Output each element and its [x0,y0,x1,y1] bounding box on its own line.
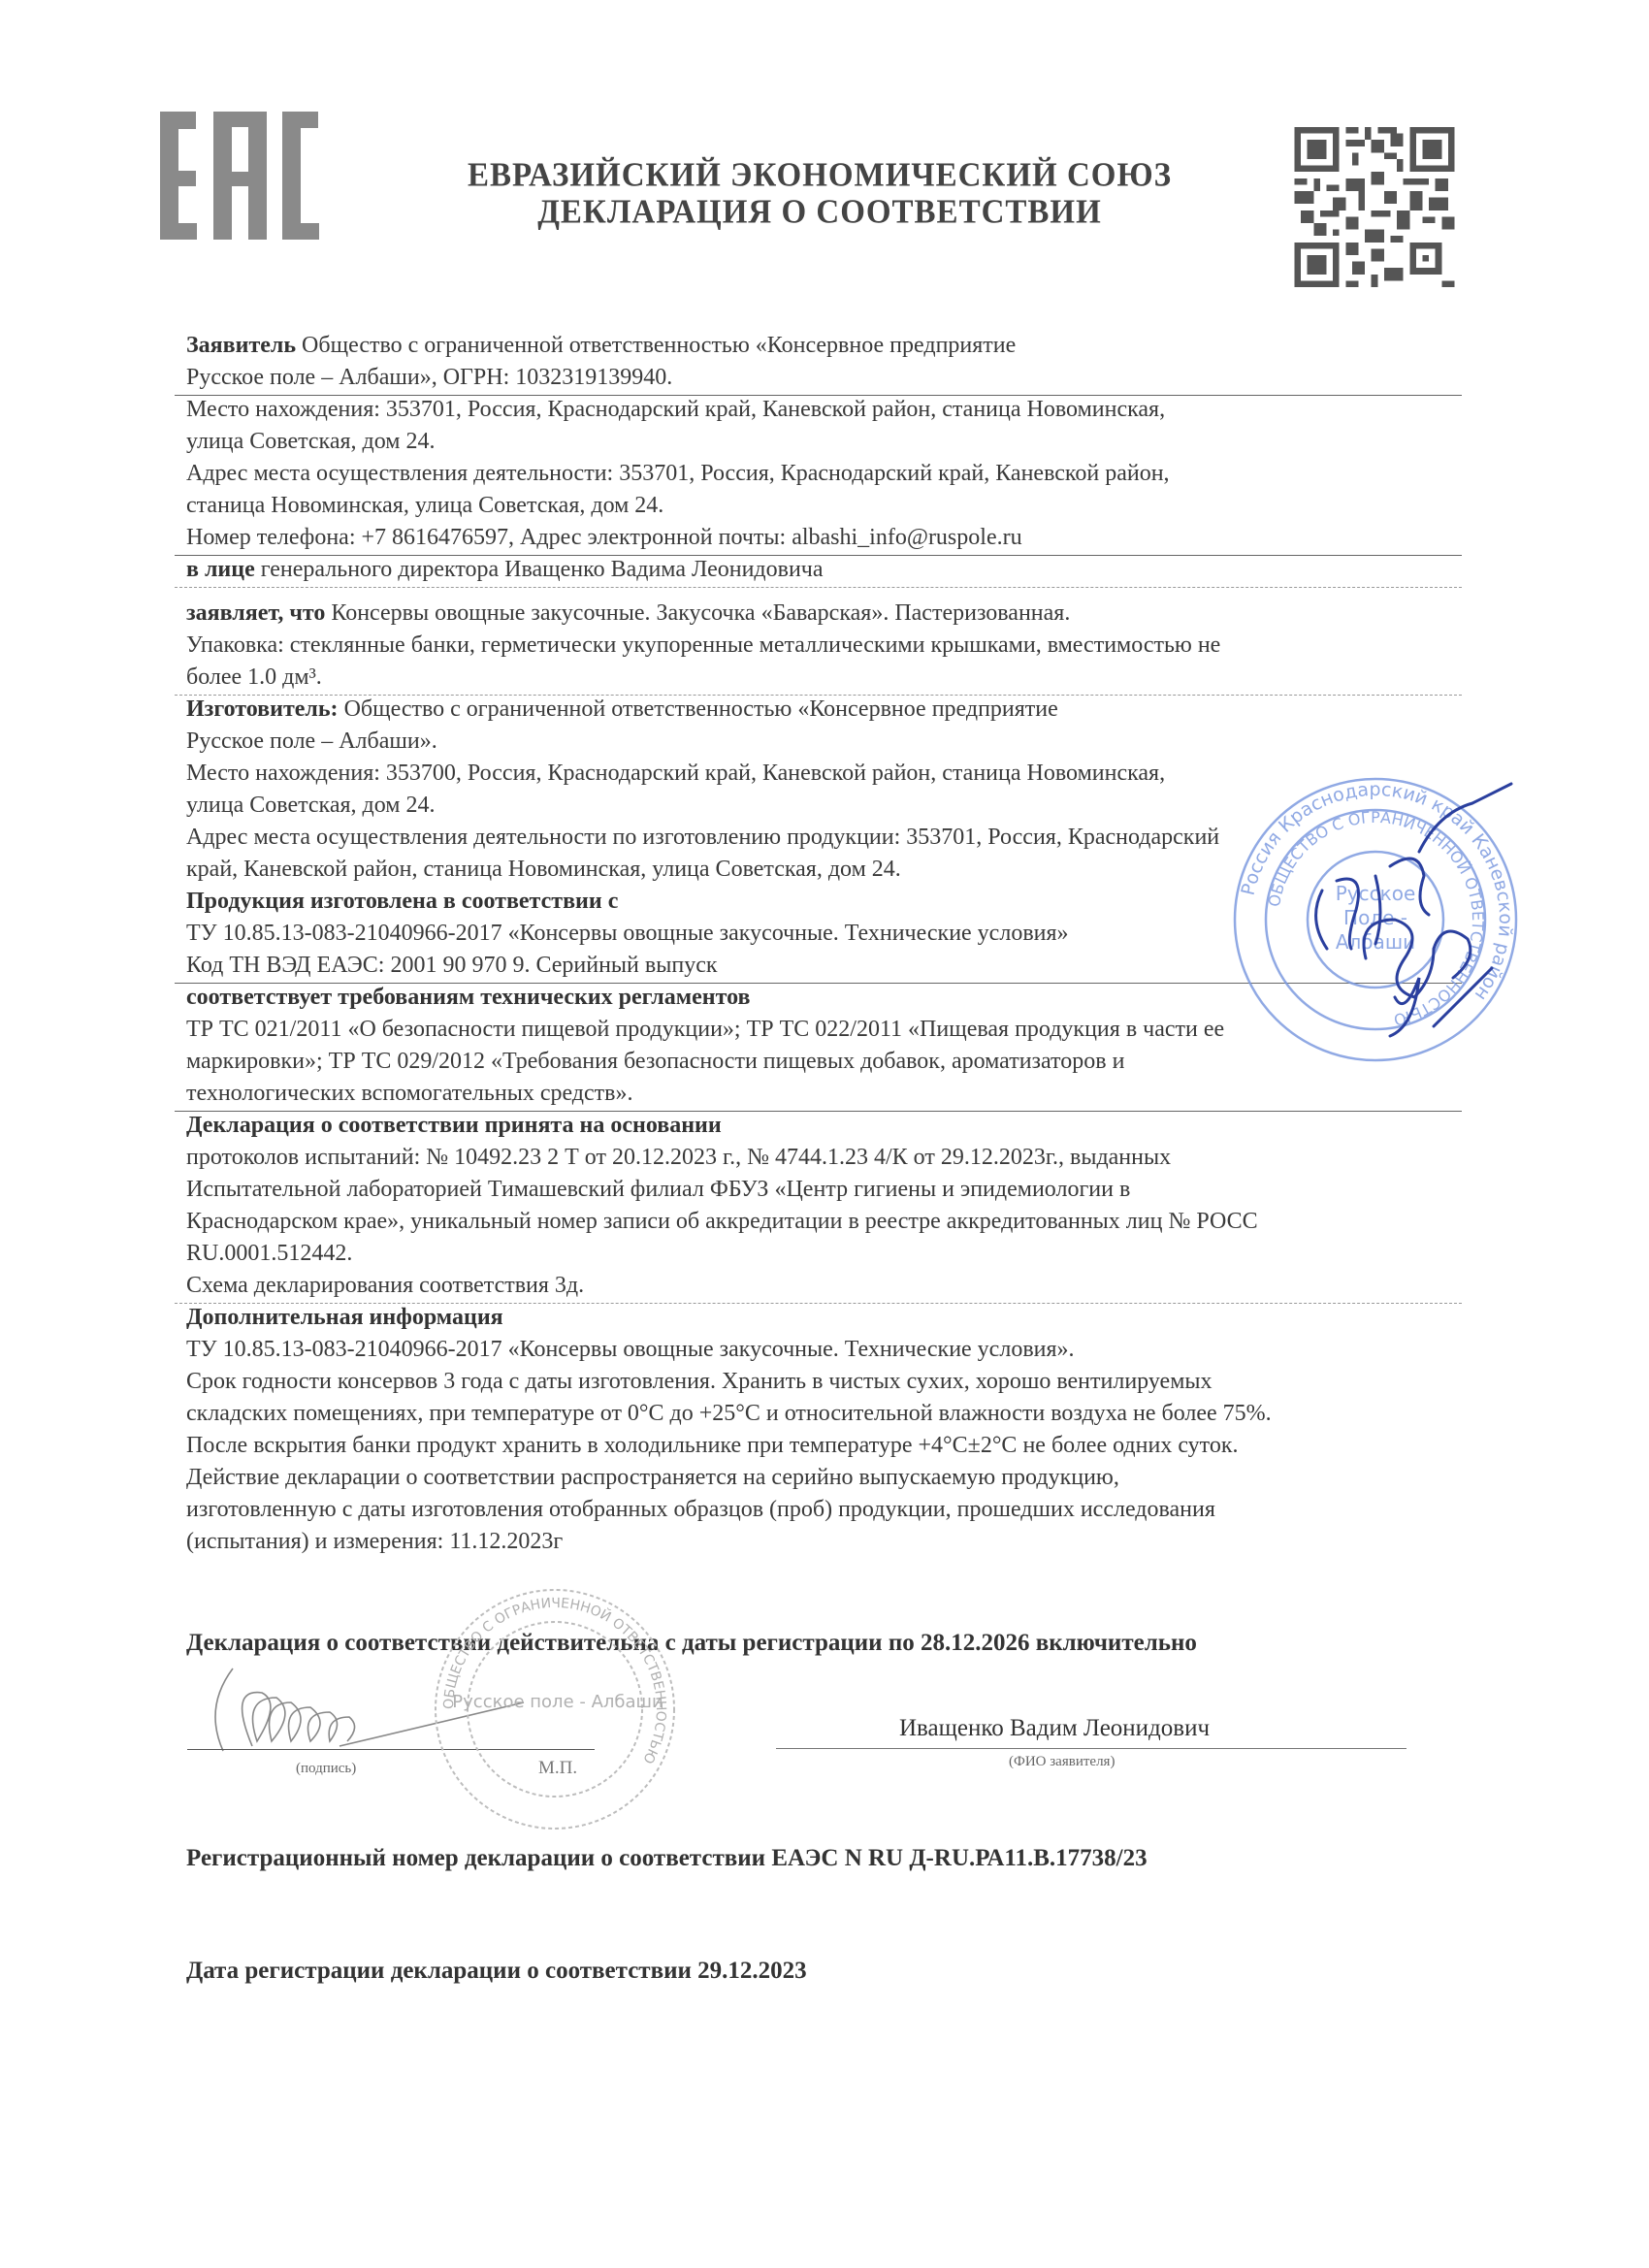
applicant-line1: Заявитель Общество с ограниченной ответс… [186,330,1476,362]
packaging-line2: более 1.0 дм³. [186,662,1394,694]
applicant-name: Русское поле – Албаши», ОГРН: 1032319139… [186,362,1394,394]
declares-label: заявляет, что [186,600,325,626]
svg-text:Русское поле - Албаши: Русское поле - Албаши [452,1692,663,1712]
complies-line3: технологических вспомогательных средств»… [186,1078,1394,1110]
test-protocols: протоколов испытаний: № 10492.23 2 Т от … [186,1142,1476,1174]
applicant-address: Место нахождения: 353701, Россия, Красно… [186,394,1476,426]
applicant-representative: в лице генерального директора Иващенко В… [186,554,1394,586]
company-stamp-blue-icon: Россия Краснодарский край Каневской райо… [1230,774,1521,1065]
product-name: Консервы овощные закусочные. Закусочка «… [325,600,1070,626]
tn-ved-code: Код ТН ВЭД ЕАЭС: 2001 90 970 9. Серийный… [186,950,1394,982]
svg-text:Русское: Русское [1336,882,1416,905]
declaration-title: ДЕКЛАРАЦИЯ О СООТВЕТСТВИИ [369,194,1271,232]
applicant-activity-address: Адрес места осуществления деятельности: … [186,458,1476,490]
name-caption: (ФИО заявителя) [1009,1754,1115,1770]
applicant-label: Заявитель [186,333,296,358]
stamp-caption: М.П. [538,1758,577,1779]
registration-date: Дата регистрации декларации о соответств… [186,1958,807,1985]
company-stamp-gray-icon: ОБЩЕСТВО С ОГРАНИЧЕННОЙ ОТВЕТСТВЕННОСТЬЮ… [432,1586,679,1833]
validity-statement: Декларация о соответствии действительна … [186,1630,1197,1657]
manufacturer-label: Изготовитель: [186,697,339,722]
applicant-contacts: Номер телефона: +7 8616476597, Адрес эле… [186,522,1394,554]
union-title: ЕВРАЗИЙСКИЙ ЭКОНОМИЧЕСКИЙ СОЮЗ [369,157,1271,195]
eac-logo-icon [160,112,323,242]
qr-code-icon [1292,127,1457,287]
applicant-name-signature: Иващенко Вадим Леонидович [899,1715,1210,1742]
packaging-line1: Упаковка: стеклянные банки, герметически… [186,630,1476,662]
shelf-life: Срок годности консервов 3 года с даты из… [186,1366,1476,1398]
name-line [776,1748,1406,1749]
signature-caption: (подпись) [296,1761,356,1777]
product-line: заявляет, что Консервы овощные закусочны… [186,598,1476,630]
registration-number: Регистрационный номер декларации о соотв… [186,1845,1148,1872]
additional-info-label: Дополнительная информация [186,1302,1476,1334]
manufacturer-line1: Изготовитель: Общество с ограниченной от… [186,694,1476,726]
declaration-scheme: Схема декларирования соответствия 3д. [186,1270,1394,1302]
basis-label: Декларация о соответствии принята на осн… [186,1110,1476,1142]
